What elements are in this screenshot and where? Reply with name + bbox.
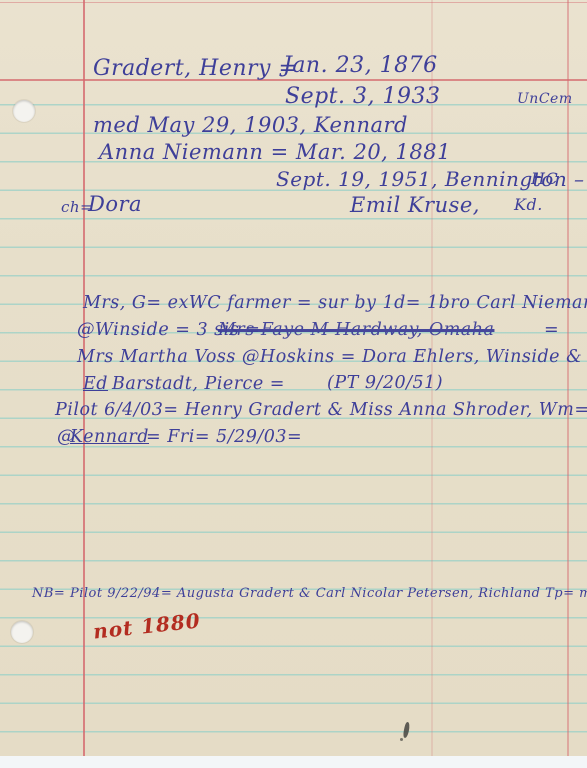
marriage-line: med May 29, 1903, Kennard [93,114,408,137]
name-henry-gradert: Gradert, Henry = [93,57,297,81]
punch-hole-bottom [11,621,33,643]
obit-line-2-equals: = [544,321,559,340]
obit-line-4-ed-underlined: Ed [83,375,108,394]
pilot-line-2-date: = Fri= 5/29/03= [146,428,302,447]
ink-smudge-dot [400,738,403,741]
kd-abbrev: Kd. [514,196,543,214]
paper: Gradert, Henry = Jan. 23, 1876 Sept. 3, … [0,0,587,756]
punch-hole-top [13,100,35,122]
name-emil-kruse: Emil Kruse, [350,194,480,217]
obit-line-4: Barstadt, Pierce = [112,375,285,394]
child-dora: Dora [88,193,142,216]
cemetery-abbrev: UnCem [517,92,573,107]
nb-footnote: NB= Pilot 9/22/94= Augusta Gradert & Car… [32,587,587,601]
pilot-source-line-1: Pilot 6/4/03= Henry Gradert & Miss Anna … [55,401,587,420]
scanner-background [0,756,587,768]
obit-line-1: Mrs, G= exWC farmer = sur by 1d= 1bro Ca… [83,294,587,313]
pt-source-note: (PT 9/20/51) [327,374,443,393]
pilot-line-2-kennard-underlined: Kennard [70,428,149,447]
obit-line-3: Mrs Martha Voss @Hoskins = Dora Ehlers, … [77,348,582,367]
right-margin-line [567,0,569,756]
obit-line-2-struck-text: Mrs Faye M Hardway, Omaha [218,321,494,340]
top-edge-line [0,2,587,3]
scanned-page: Gradert, Henry = Jan. 23, 1876 Sept. 3, … [0,0,587,768]
death-date-henry: Sept. 3, 1933 [285,85,440,109]
birth-date-henry: Jan. 23, 1876 [283,54,438,78]
name-anna-niemann: Anna Niemann = Mar. 20, 1881 [99,141,451,164]
hc-abbrev: HC [531,170,558,188]
